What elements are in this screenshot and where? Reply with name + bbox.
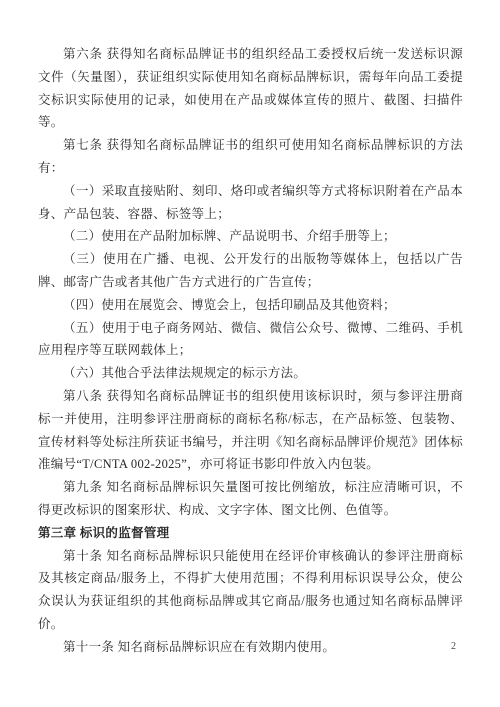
document-body: 第六条 获得知名商标品牌证书的组织经品工委授权后统一发送标识源文件（矢量图），获…	[38, 43, 463, 659]
chapter-3-heading: 第三章 标识的监督管理	[38, 522, 463, 545]
page-number: 2	[451, 640, 456, 654]
article-7-clause-2: （二）使用在产品附加标牌、产品说明书、介绍手册等上；	[38, 225, 463, 248]
article-7-clause-1: （一）采取直接贴附、刻印、烙印或者编织等方式将标识附着在产品本身、产品包装、容器…	[38, 180, 463, 226]
article-7-paragraph: 第七条 获得知名商标品牌证书的组织可使用知名商标品牌标识的方法有：	[38, 134, 463, 180]
article-7-clause-6: （六）其他合乎法律法规规定的标示方法。	[38, 362, 463, 385]
document-page: 第六条 获得知名商标品牌证书的组织经品工委授权后统一发送标识源文件（矢量图），获…	[0, 0, 500, 707]
article-10-paragraph: 第十条 知名商标品牌标识只能使用在经评价审核确认的参评注册商标及其核定商品/服务…	[38, 545, 463, 636]
article-7-clause-3: （三）使用在广播、电视、公开发行的出版物等媒体上，包括以广告牌、邮寄广告或者其他…	[38, 248, 463, 294]
article-11-paragraph: 第十一条 知名商标品牌标识应在有效期内使用。	[38, 636, 463, 659]
article-6-paragraph: 第六条 获得知名商标品牌证书的组织经品工委授权后统一发送标识源文件（矢量图），获…	[38, 43, 463, 134]
article-7-clause-4: （四）使用在展览会、博览会上，包括印刷品及其他资料；	[38, 294, 463, 317]
article-7-clause-5: （五）使用于电子商务网站、微信、微信公众号、微博、二维码、手机应用程序等互联网载…	[38, 317, 463, 363]
article-9-paragraph: 第九条 知名商标品牌标识矢量图可按比例缩放，标注应清晰可识，不得更改标识的图案形…	[38, 476, 463, 522]
article-8-paragraph: 第八条 获得知名商标品牌证书的组织使用该标识时，须与参评注册商标一并使用，注明参…	[38, 385, 463, 476]
